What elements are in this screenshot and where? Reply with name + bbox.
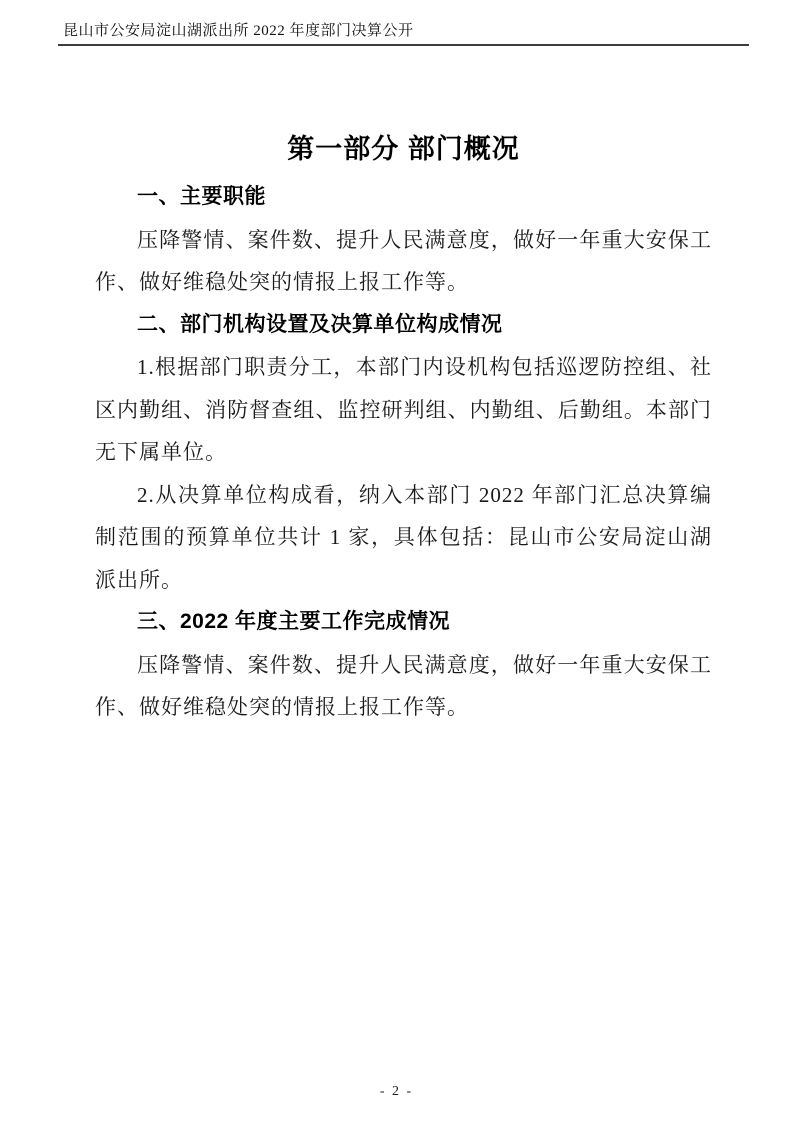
section-heading-2: 二、部门机构设置及决算单位构成情况: [95, 304, 712, 347]
header-title: 昆山市公安局淀山湖派出所 2022 年度部门决算公开: [58, 23, 414, 39]
page-header: 昆山市公安局淀山湖派出所 2022 年度部门决算公开: [58, 0, 749, 46]
document-title: 第一部分 部门概况: [95, 132, 712, 166]
page-number: - 2 -: [380, 1084, 413, 1099]
document-page: 昆山市公安局淀山湖派出所 2022 年度部门决算公开 第一部分 部门概况 一、主…: [0, 0, 793, 1122]
page-footer: - 2 -: [0, 1084, 793, 1100]
section-2-paragraph-1: 1.根据部门职责分工，本部门内设机构包括巡逻防控组、社区内勤组、消防督查组、监控…: [95, 346, 712, 474]
section-2-paragraph-2: 2.从决算单位构成看，纳入本部门 2022 年部门汇总决算编制范围的预算单位共计…: [95, 474, 712, 602]
section-1-paragraph: 压降警情、案件数、提升人民满意度，做好一年重大安保工作、做好维稳处突的情报上报工…: [95, 219, 712, 304]
section-heading-3: 三、2022 年度主要工作完成情况: [95, 601, 712, 644]
document-body: 第一部分 部门概况 一、主要职能 压降警情、案件数、提升人民满意度，做好一年重大…: [95, 46, 712, 729]
section-3-paragraph: 压降警情、案件数、提升人民满意度，做好一年重大安保工作、做好维稳处突的情报上报工…: [95, 644, 712, 729]
section-heading-1: 一、主要职能: [95, 176, 712, 219]
